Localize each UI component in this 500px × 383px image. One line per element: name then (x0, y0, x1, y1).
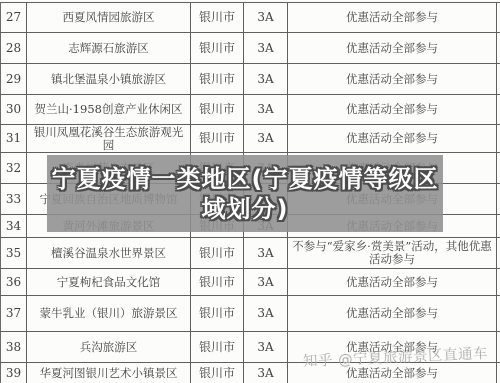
table-row: 36宁夏枸杞食品文化馆银川市3A优惠活动全部参与 (0, 269, 500, 296)
cell-name: 银川凤凰花溪谷生态旅游观光园 (27, 125, 191, 152)
cell-activity: 优惠活动全部参与 (288, 64, 497, 94)
cell-city: 银川市 (191, 332, 244, 362)
cell-number: 36 (0, 269, 27, 295)
cell-grade: 3A (244, 238, 288, 268)
cell-number: 35 (0, 238, 27, 268)
cell-number: 37 (0, 296, 27, 331)
cell-city: 银川市 (191, 33, 244, 63)
table-row: 28志辉源石旅游区银川市3A优惠活动全部参与 (0, 33, 500, 64)
cell-activity: 优惠活动全部参与 (288, 95, 497, 124)
cell-number: 38 (0, 332, 27, 362)
cell-activity: 优惠活动全部参与 (288, 33, 497, 63)
cell-name: 檀溪谷温泉水世界景区 (27, 238, 191, 268)
cell-name: 志辉源石旅游区 (27, 33, 191, 63)
cell-grade: 3A (244, 64, 288, 94)
cell-name: 华夏河图银川艺术小镇景区 (27, 363, 191, 383)
table-row: 27西夏风情园旅游区银川市3A优惠活动全部参与 (0, 3, 500, 33)
cell-name: 兵沟旅游区 (27, 332, 191, 362)
cell-city: 银川市 (191, 64, 244, 94)
cell-number: 34 (0, 215, 27, 237)
cell-name: 贺兰山·1958创意产业休闲区 (27, 95, 191, 124)
cell-grade: 3A (244, 269, 288, 295)
table-row: 29镇北堡温泉小镇旅游区银川市3A优惠活动全部参与 (0, 64, 500, 95)
cell-city: 银川市 (191, 3, 244, 32)
cell-grade: 3A (244, 3, 288, 32)
cell-number: 33 (0, 184, 27, 214)
cell-grade: 3A (244, 125, 288, 152)
cell-grade: 3A (244, 95, 288, 124)
cell-number: 28 (0, 33, 27, 63)
table-row: 30贺兰山·1958创意产业休闲区银川市3A优惠活动全部参与 (0, 95, 500, 125)
cell-activity: 不参与“爱家乡·赏美景”活动，其他优惠活动参与 (288, 238, 497, 268)
table-row: 37蒙牛乳业（银川）旅游景区银川市3A优惠活动全部参与 (0, 296, 500, 332)
table-row: 31银川凤凰花溪谷生态旅游观光园银川市3A优惠活动全部参与 (0, 125, 500, 153)
cell-grade: 3A (244, 33, 288, 63)
cell-number: 32 (0, 153, 27, 183)
cell-city: 银川市 (191, 125, 244, 152)
cell-number: 29 (0, 64, 27, 94)
cell-activity: 优惠活动全部参与 (288, 125, 497, 152)
overlay-title: 宁夏疫情一类地区(宁夏疫情等级区域划分) (47, 164, 443, 224)
table-row: 39华夏河图银川艺术小镇景区银川市3A优惠活动全部参与 (0, 363, 500, 383)
cell-city: 银川市 (191, 269, 244, 295)
cell-city: 银川市 (191, 363, 244, 383)
cell-activity: 优惠活动全部参与 (288, 269, 497, 295)
cell-city: 银川市 (191, 296, 244, 331)
cell-city: 银川市 (191, 95, 244, 124)
cell-name: 蒙牛乳业（银川）旅游景区 (27, 296, 191, 331)
cell-name: 西夏风情园旅游区 (27, 3, 191, 32)
cell-city: 银川市 (191, 238, 244, 268)
cell-number: 31 (0, 125, 27, 152)
cell-number: 27 (0, 3, 27, 32)
cell-name: 镇北堡温泉小镇旅游区 (27, 64, 191, 94)
cell-activity: 优惠活动全部参与 (288, 296, 497, 331)
cell-grade: 3A (244, 296, 288, 331)
cell-number: 30 (0, 95, 27, 124)
cell-activity: 优惠活动全部参与 (288, 3, 497, 32)
cell-grade: 3A (244, 363, 288, 383)
overlay-banner: 宁夏疫情一类地区(宁夏疫情等级区域划分) (47, 155, 443, 232)
cell-number: 39 (0, 363, 27, 383)
screenshot-root: 27西夏风情园旅游区银川市3A优惠活动全部参与28志辉源石旅游区银川市3A优惠活… (0, 0, 500, 383)
cell-name: 宁夏枸杞食品文化馆 (27, 269, 191, 295)
cell-grade: 3A (244, 332, 288, 362)
table-row: 35檀溪谷温泉水世界景区银川市3A不参与“爱家乡·赏美景”活动，其他优惠活动参与 (0, 238, 500, 269)
